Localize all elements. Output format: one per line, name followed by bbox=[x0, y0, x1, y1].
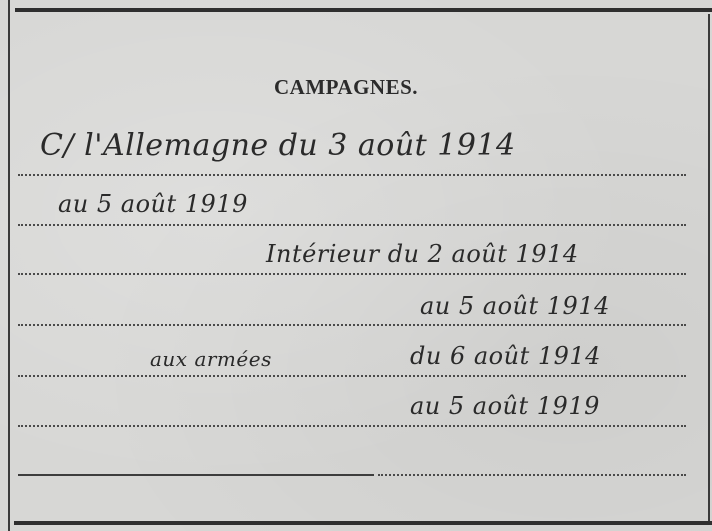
entry-armies-end: au 5 août 1919 bbox=[410, 392, 600, 420]
entry-armies-start: du 6 août 1914 bbox=[410, 342, 601, 370]
card-title: CAMPAGNES. bbox=[0, 75, 712, 100]
campaign-record-card: CAMPAGNES. C/ l'Allemagne du 3 août 1914… bbox=[0, 0, 712, 531]
ruled-line-7-dotted bbox=[378, 474, 686, 476]
ruled-line-7-struck bbox=[18, 474, 374, 476]
entry-armies-label: aux armées bbox=[150, 347, 272, 371]
ruled-line-3 bbox=[18, 273, 686, 275]
ruled-line-4 bbox=[18, 324, 686, 326]
entry-campaign-germany-end: au 5 août 1919 bbox=[58, 190, 248, 218]
card-title-text: CAMPAGNES. bbox=[274, 75, 418, 99]
entry-interior-end: au 5 août 1914 bbox=[420, 292, 610, 320]
ruled-line-1 bbox=[18, 174, 686, 176]
bottom-border-rule bbox=[14, 521, 712, 525]
entry-campaign-germany: C/ l'Allemagne du 3 août 1914 bbox=[40, 128, 516, 163]
ruled-line-6 bbox=[18, 425, 686, 427]
ruled-line-2 bbox=[18, 224, 686, 226]
top-border-rule bbox=[15, 8, 712, 12]
entry-interior-start: Intérieur du 2 août 1914 bbox=[266, 240, 579, 268]
ruled-line-5 bbox=[18, 375, 686, 377]
